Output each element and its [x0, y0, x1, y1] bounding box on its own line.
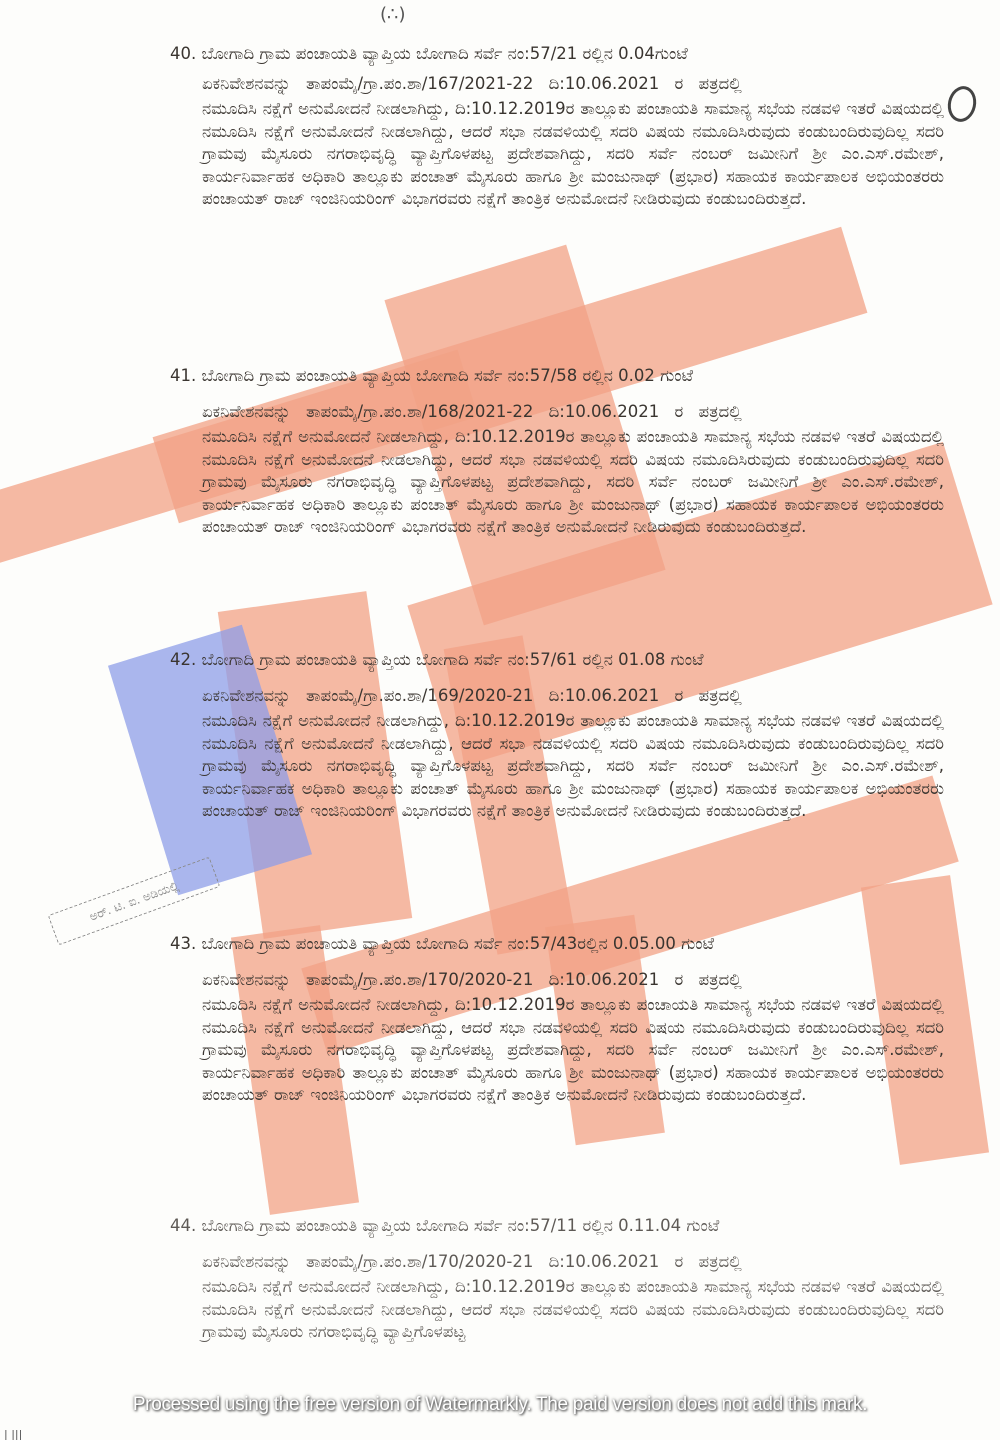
watermark-footer-text: Processed using the free version of Wate… [0, 1394, 1000, 1416]
pen-scribble: (∴) [380, 4, 406, 25]
item-body: ನಮೂದಿಸಿ ನಕ್ಷೆಗೆ ಅನುಮೋದನೆ ನೀಡಲಾಗಿದ್ದು, ದಿ… [202, 994, 944, 1107]
scan-edge-marks: | ||| [4, 1428, 22, 1440]
item-heading: 41. ಬೋಗಾದಿ ಗ್ರಾಮ ಪಂಚಾಯತಿ ವ್ಯಾಪ್ತಿಯ ಬೋಗಾದ… [170, 362, 960, 390]
list-item: 44. ಬೋಗಾದಿ ಗ್ರಾಮ ಪಂಚಾಯತಿ ವ್ಯಾಪ್ತಿಯ ಬೋಗಾದ… [170, 1212, 960, 1344]
item-reference: ಏಕನಿವೇಶನವನ್ನು ತಾಪಂಮೈ/ಗ್ರಾ.ಪಂ.ಶಾ/169/2020… [202, 682, 960, 710]
list-item: 40. ಬೋಗಾದಿ ಗ್ರಾಮ ಪಂಚಾಯತಿ ವ್ಯಾಪ್ತಿಯ ಬೋಗಾದ… [170, 40, 960, 211]
item-body: ನಮೂದಿಸಿ ನಕ್ಷೆಗೆ ಅನುಮೋದನೆ ನೀಡಲಾಗಿದ್ದು, ದಿ… [202, 426, 944, 539]
item-heading: 42. ಬೋಗಾದಿ ಗ್ರಾಮ ಪಂಚಾಯತಿ ವ್ಯಾಪ್ತಿಯ ಬೋಗಾದ… [170, 646, 960, 674]
item-body: ನಮೂದಿಸಿ ನಕ್ಷೆಗೆ ಅನುಮೋದನೆ ನೀಡಲಾಗಿದ್ದು, ದಿ… [202, 710, 944, 823]
item-reference: ಏಕನಿವೇಶನವನ್ನು ತಾಪಂಮೈ/ಗ್ರಾ.ಪಂ.ಶಾ/167/2021… [202, 70, 960, 98]
list-item: 42. ಬೋಗಾದಿ ಗ್ರಾಮ ಪಂಚಾಯತಿ ವ್ಯಾಪ್ತಿಯ ಬೋಗಾದ… [170, 646, 960, 823]
list-item: 43. ಬೋಗಾದಿ ಗ್ರಾಮ ಪಂಚಾಯತಿ ವ್ಯಾಪ್ತಿಯ ಬೋಗಾದ… [170, 930, 960, 1107]
item-body: ನಮೂದಿಸಿ ನಕ್ಷೆಗೆ ಅನುಮೋದನೆ ನೀಡಲಾಗಿದ್ದು, ದಿ… [202, 1276, 944, 1344]
list-item: 41. ಬೋಗಾದಿ ಗ್ರಾಮ ಪಂಚಾಯತಿ ವ್ಯಾಪ್ತಿಯ ಬೋಗಾದ… [170, 362, 960, 539]
item-reference: ಏಕನಿವೇಶನವನ್ನು ತಾಪಂಮೈ/ಗ್ರಾ.ಪಂ.ಶಾ/168/2021… [202, 398, 960, 426]
item-heading: 44. ಬೋಗಾದಿ ಗ್ರಾಮ ಪಂಚಾಯತಿ ವ್ಯಾಪ್ತಿಯ ಬೋಗಾದ… [170, 1212, 960, 1240]
item-reference: ಏಕನಿವೇಶನವನ್ನು ತಾಪಂಮೈ/ಗ್ರಾ.ಪಂ.ಶಾ/170/2020… [202, 1248, 960, 1276]
item-reference: ಏಕನಿವೇಶನವನ್ನು ತಾಪಂಮೈ/ಗ್ರಾ.ಪಂ.ಶಾ/170/2020… [202, 966, 960, 994]
item-body: ನಮೂದಿಸಿ ನಕ್ಷೆಗೆ ಅನುಮೋದನೆ ನೀಡಲಾಗಿದ್ದು, ದಿ… [202, 98, 944, 211]
document-page: (∴) 40. ಬೋಗಾದಿ ಗ್ರಾಮ ಪಂಚಾಯತಿ ವ್ಯಾಪ್ತಿಯ ಬ… [0, 0, 1000, 1440]
item-heading: 40. ಬೋಗಾದಿ ಗ್ರಾಮ ಪಂಚಾಯತಿ ವ್ಯಾಪ್ತಿಯ ಬೋಗಾದ… [170, 40, 960, 68]
item-heading: 43. ಬೋಗಾದಿ ಗ್ರಾಮ ಪಂಚಾಯತಿ ವ್ಯಾಪ್ತಿಯ ಬೋಗಾದ… [170, 930, 960, 958]
